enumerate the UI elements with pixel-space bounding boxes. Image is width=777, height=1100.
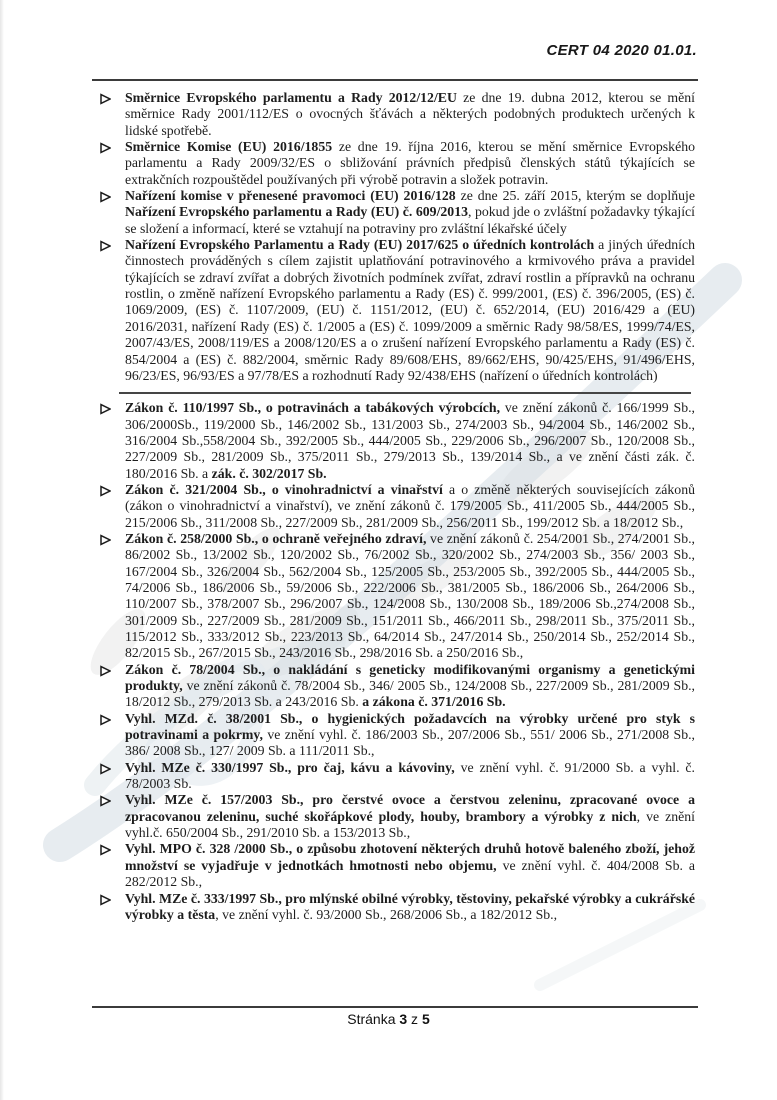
bold-text-segment: Zákon č. 258/2000 Sb., o ochraně veřejné… (125, 531, 426, 546)
arrowhead-bullet-icon (100, 142, 111, 154)
text-segment: ve znění zákonů č. 254/2001 Sb., 274/200… (125, 531, 695, 660)
footer-rule (92, 1006, 698, 1008)
doc-code: CERT 04 2020 01.01. (546, 42, 697, 59)
text-segment: Stránka (347, 1011, 399, 1027)
content: Směrnice Evropského parlamentu a Rady 20… (99, 90, 695, 923)
arrowhead-bullet-icon (100, 403, 111, 415)
arrowhead-bullet-icon (100, 844, 111, 856)
bold-text-segment: Zákon č. 321/2004 Sb., o vinohradnictví … (125, 482, 443, 497)
arrowhead-bullet-icon (100, 534, 111, 546)
arrowhead-bullet-icon (100, 485, 111, 497)
bold-text-segment: Vyhl. MZe č. 157/2003 Sb., pro čerstvé o… (125, 792, 695, 823)
bold-text-segment: Nařízení komise v přenesené pravomoci (E… (125, 188, 456, 203)
bold-text-segment: 3 (399, 1011, 407, 1027)
text-segment: a jiných úředních činnostech prováděných… (125, 237, 695, 383)
czech-laws-list: Zákon č. 110/1997 Sb., o potravinách a t… (99, 400, 695, 923)
list-item: Zákon č. 258/2000 Sb., o ochraně veřejné… (99, 531, 695, 662)
bold-text-segment: Vyhl. MZe č. 330/1997 Sb., pro čaj, kávu… (125, 760, 455, 775)
text-segment: , ve znění vyhl. č. 93/2000 Sb., 268/200… (215, 907, 557, 922)
list-item: Zákon č. 321/2004 Sb., o vinohradnictví … (99, 482, 695, 531)
scan-edge (0, 0, 4, 1100)
list-item: Vyhl. MZd. č. 38/2001 Sb., o hygienickýc… (99, 711, 695, 760)
header-rule (92, 79, 698, 81)
bold-text-segment: Nařízení Evropského parlamentu a Rady (E… (125, 204, 468, 219)
bold-text-segment: 5 (422, 1011, 430, 1027)
bold-text-segment: Směrnice Evropského parlamentu a Rady 20… (125, 90, 457, 105)
text-segment: z (407, 1011, 422, 1027)
section-divider (119, 392, 691, 394)
bold-text-segment: Směrnice Komise (EU) 2016/1855 (125, 139, 332, 154)
bold-text-segment: Zákon č. 110/1997 Sb., o potravinách a t… (125, 400, 500, 415)
bold-text-segment: a zákona č. 371/2016 Sb. (362, 694, 505, 709)
list-item: Vyhl. MZe č. 333/1997 Sb., pro mlýnské o… (99, 891, 695, 924)
list-item: Vyhl. MZe č. 330/1997 Sb., pro čaj, kávu… (99, 760, 695, 793)
arrowhead-bullet-icon (100, 665, 111, 677)
bold-text-segment: zák. č. 302/2017 Sb. (212, 466, 327, 481)
bold-text-segment: Nařízení Evropského Parlamentu a Rady (E… (125, 237, 594, 252)
arrowhead-bullet-icon (100, 191, 111, 203)
list-item: Vyhl. MZe č. 157/2003 Sb., pro čerstvé o… (99, 792, 695, 841)
arrowhead-bullet-icon (100, 714, 111, 726)
list-item: Vyhl. MPO č. 328 /2000 Sb., o způsobu zh… (99, 841, 695, 890)
list-item: Zákon č. 78/2004 Sb., o nakládání s gene… (99, 662, 695, 711)
list-item: Zákon č. 110/1997 Sb., o potravinách a t… (99, 400, 695, 482)
arrowhead-bullet-icon (100, 894, 111, 906)
arrowhead-bullet-icon (100, 240, 111, 252)
list-item: Nařízení Evropského Parlamentu a Rady (E… (99, 237, 695, 384)
document-page: CERT 04 2020 01.01. Směrnice Evropského … (0, 0, 777, 1100)
arrowhead-bullet-icon (100, 763, 111, 775)
list-item: Směrnice Evropského parlamentu a Rady 20… (99, 90, 695, 139)
page-footer: Stránka 3 z 5 (0, 1011, 777, 1027)
arrowhead-bullet-icon (100, 795, 111, 807)
text-segment: ze dne 25. září 2015, kterým se doplňuje (456, 188, 695, 203)
list-item: Nařízení komise v přenesené pravomoci (E… (99, 188, 695, 237)
list-item: Směrnice Komise (EU) 2016/1855 ze dne 19… (99, 139, 695, 188)
eu-directives-list: Směrnice Evropského parlamentu a Rady 20… (99, 90, 695, 384)
arrowhead-bullet-icon (100, 93, 111, 105)
